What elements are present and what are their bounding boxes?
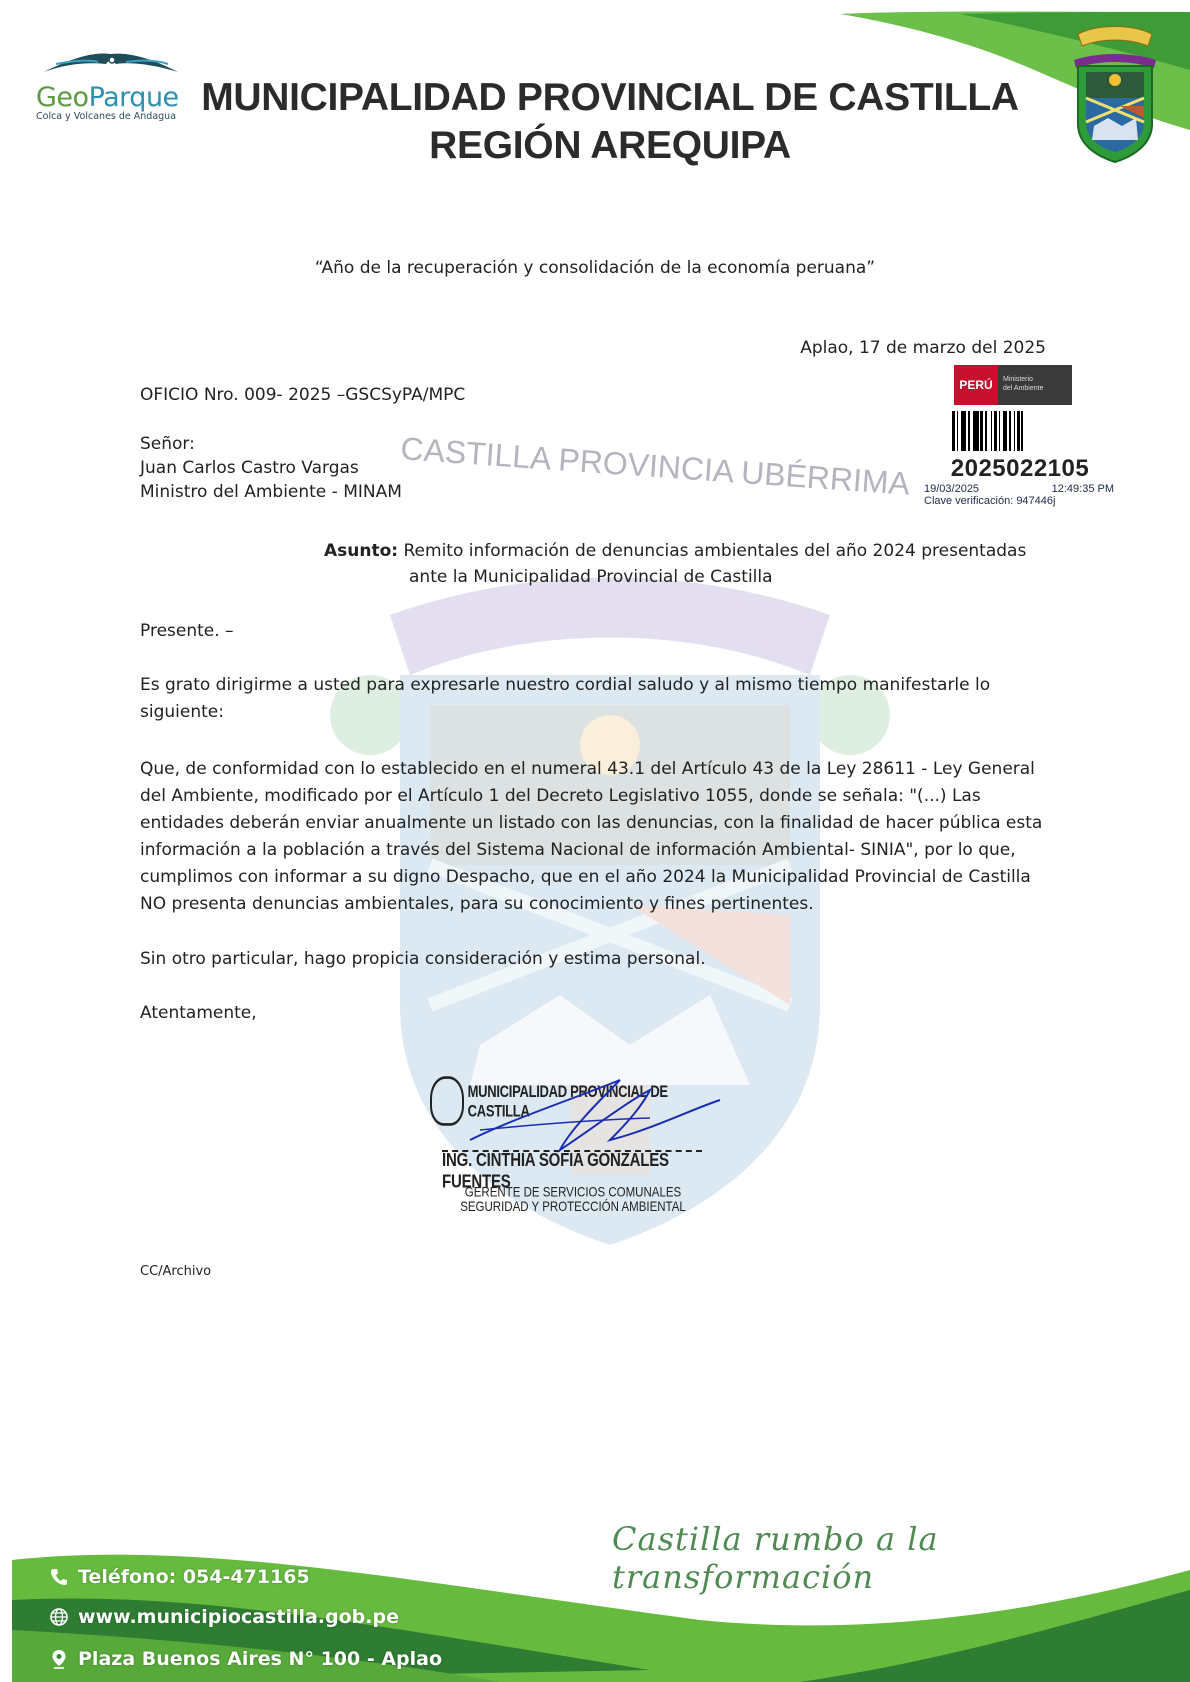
stamp-date: 19/03/2025 bbox=[924, 483, 979, 495]
footer-phone: Teléfono: 054-471165 bbox=[48, 1566, 310, 1588]
stamp-meta: 19/03/202512:49:35 PM Clave verificación… bbox=[924, 483, 1120, 507]
barcode bbox=[952, 411, 1120, 451]
logo-word-parque: Parque bbox=[89, 82, 179, 113]
handwritten-signature bbox=[450, 1070, 730, 1160]
year-motto: “Año de la recuperación y consolidación … bbox=[0, 258, 1190, 278]
condor-icon bbox=[36, 50, 186, 76]
signer-role: GERENTE DE SERVICIOS COMUNALES SEGURIDAD… bbox=[438, 1186, 708, 1215]
body-paragraph-2: Que, de conformidad con lo establecido e… bbox=[140, 756, 1052, 918]
geoparque-subtitle: Colca y Volcanes de Andagua bbox=[36, 111, 186, 122]
registry-number: 2025022105 bbox=[920, 455, 1120, 483]
globe-icon bbox=[48, 1606, 70, 1628]
receipt-stamp: PERÚ Ministerio del Ambiente 2025022105 … bbox=[920, 365, 1120, 507]
title-line-2: REGIÓN AREQUIPA bbox=[190, 122, 1030, 170]
ministry-line-2: del Ambiente bbox=[1003, 384, 1072, 393]
footer-slogan: Castilla rumbo a la transformación bbox=[612, 1520, 1190, 1596]
page-title: MUNICIPALIDAD PROVINCIAL DE CASTILLA REG… bbox=[190, 74, 1030, 170]
title-line-1: MUNICIPALIDAD PROVINCIAL DE CASTILLA bbox=[190, 74, 1030, 122]
greeting-presente: Presente. – bbox=[140, 618, 1052, 645]
address-text: Plaza Buenos Aires N° 100 - Aplao bbox=[78, 1648, 442, 1670]
location-pin-icon bbox=[48, 1648, 70, 1670]
ministry-banner: PERÚ Ministerio del Ambiente bbox=[954, 365, 1072, 405]
signer-role-line-1: GERENTE DE SERVICIOS COMUNALES bbox=[438, 1186, 708, 1200]
closing: Atentamente, bbox=[140, 1000, 1052, 1027]
footer-website[interactable]: www.municipiocastilla.gob.pe bbox=[48, 1606, 399, 1628]
subject-block: Asunto: Remito información de denuncias … bbox=[324, 538, 1048, 590]
subject-line-1: Remito información de denuncias ambienta… bbox=[404, 541, 1027, 561]
phone-icon bbox=[48, 1566, 70, 1588]
document-date: Aplao, 17 de marzo del 2025 bbox=[800, 338, 1046, 358]
stamp-time: 12:49:35 PM bbox=[1052, 483, 1114, 495]
ministry-line-1: Ministerio bbox=[1003, 375, 1072, 384]
geoparque-wordmark: GeoParque bbox=[36, 82, 186, 113]
geoparque-logo: GeoParque Colca y Volcanes de Andagua bbox=[36, 50, 186, 122]
phone-text: Teléfono: 054-471165 bbox=[78, 1566, 310, 1588]
body-paragraph-1: Es grato dirigirme a usted para expresar… bbox=[140, 672, 1052, 726]
logo-word-geo: Geo bbox=[36, 82, 89, 113]
verification-key: Clave verificación: 947446j bbox=[924, 495, 1120, 507]
signer-role-line-2: SEGURIDAD Y PROTECCIÓN AMBIENTAL bbox=[438, 1200, 708, 1214]
ministry-label: Ministerio del Ambiente bbox=[998, 365, 1072, 405]
municipal-crest-icon bbox=[1068, 14, 1162, 170]
footer-address: Plaza Buenos Aires N° 100 - Aplao bbox=[48, 1648, 442, 1670]
subject-line-2: ante la Municipalidad Provincial de Cast… bbox=[324, 564, 1048, 590]
oficio-number: OFICIO Nro. 009- 2025 –GSCSyPA/MPC bbox=[140, 385, 465, 405]
cc-archive: CC/Archivo bbox=[140, 1264, 211, 1279]
peru-badge: PERÚ bbox=[954, 365, 998, 405]
body-paragraph-3: Sin otro particular, hago propicia consi… bbox=[140, 946, 1052, 973]
barcode-bar bbox=[1023, 411, 1025, 451]
subject-label: Asunto: bbox=[324, 541, 398, 561]
website-link[interactable]: www.municipiocastilla.gob.pe bbox=[78, 1606, 399, 1628]
